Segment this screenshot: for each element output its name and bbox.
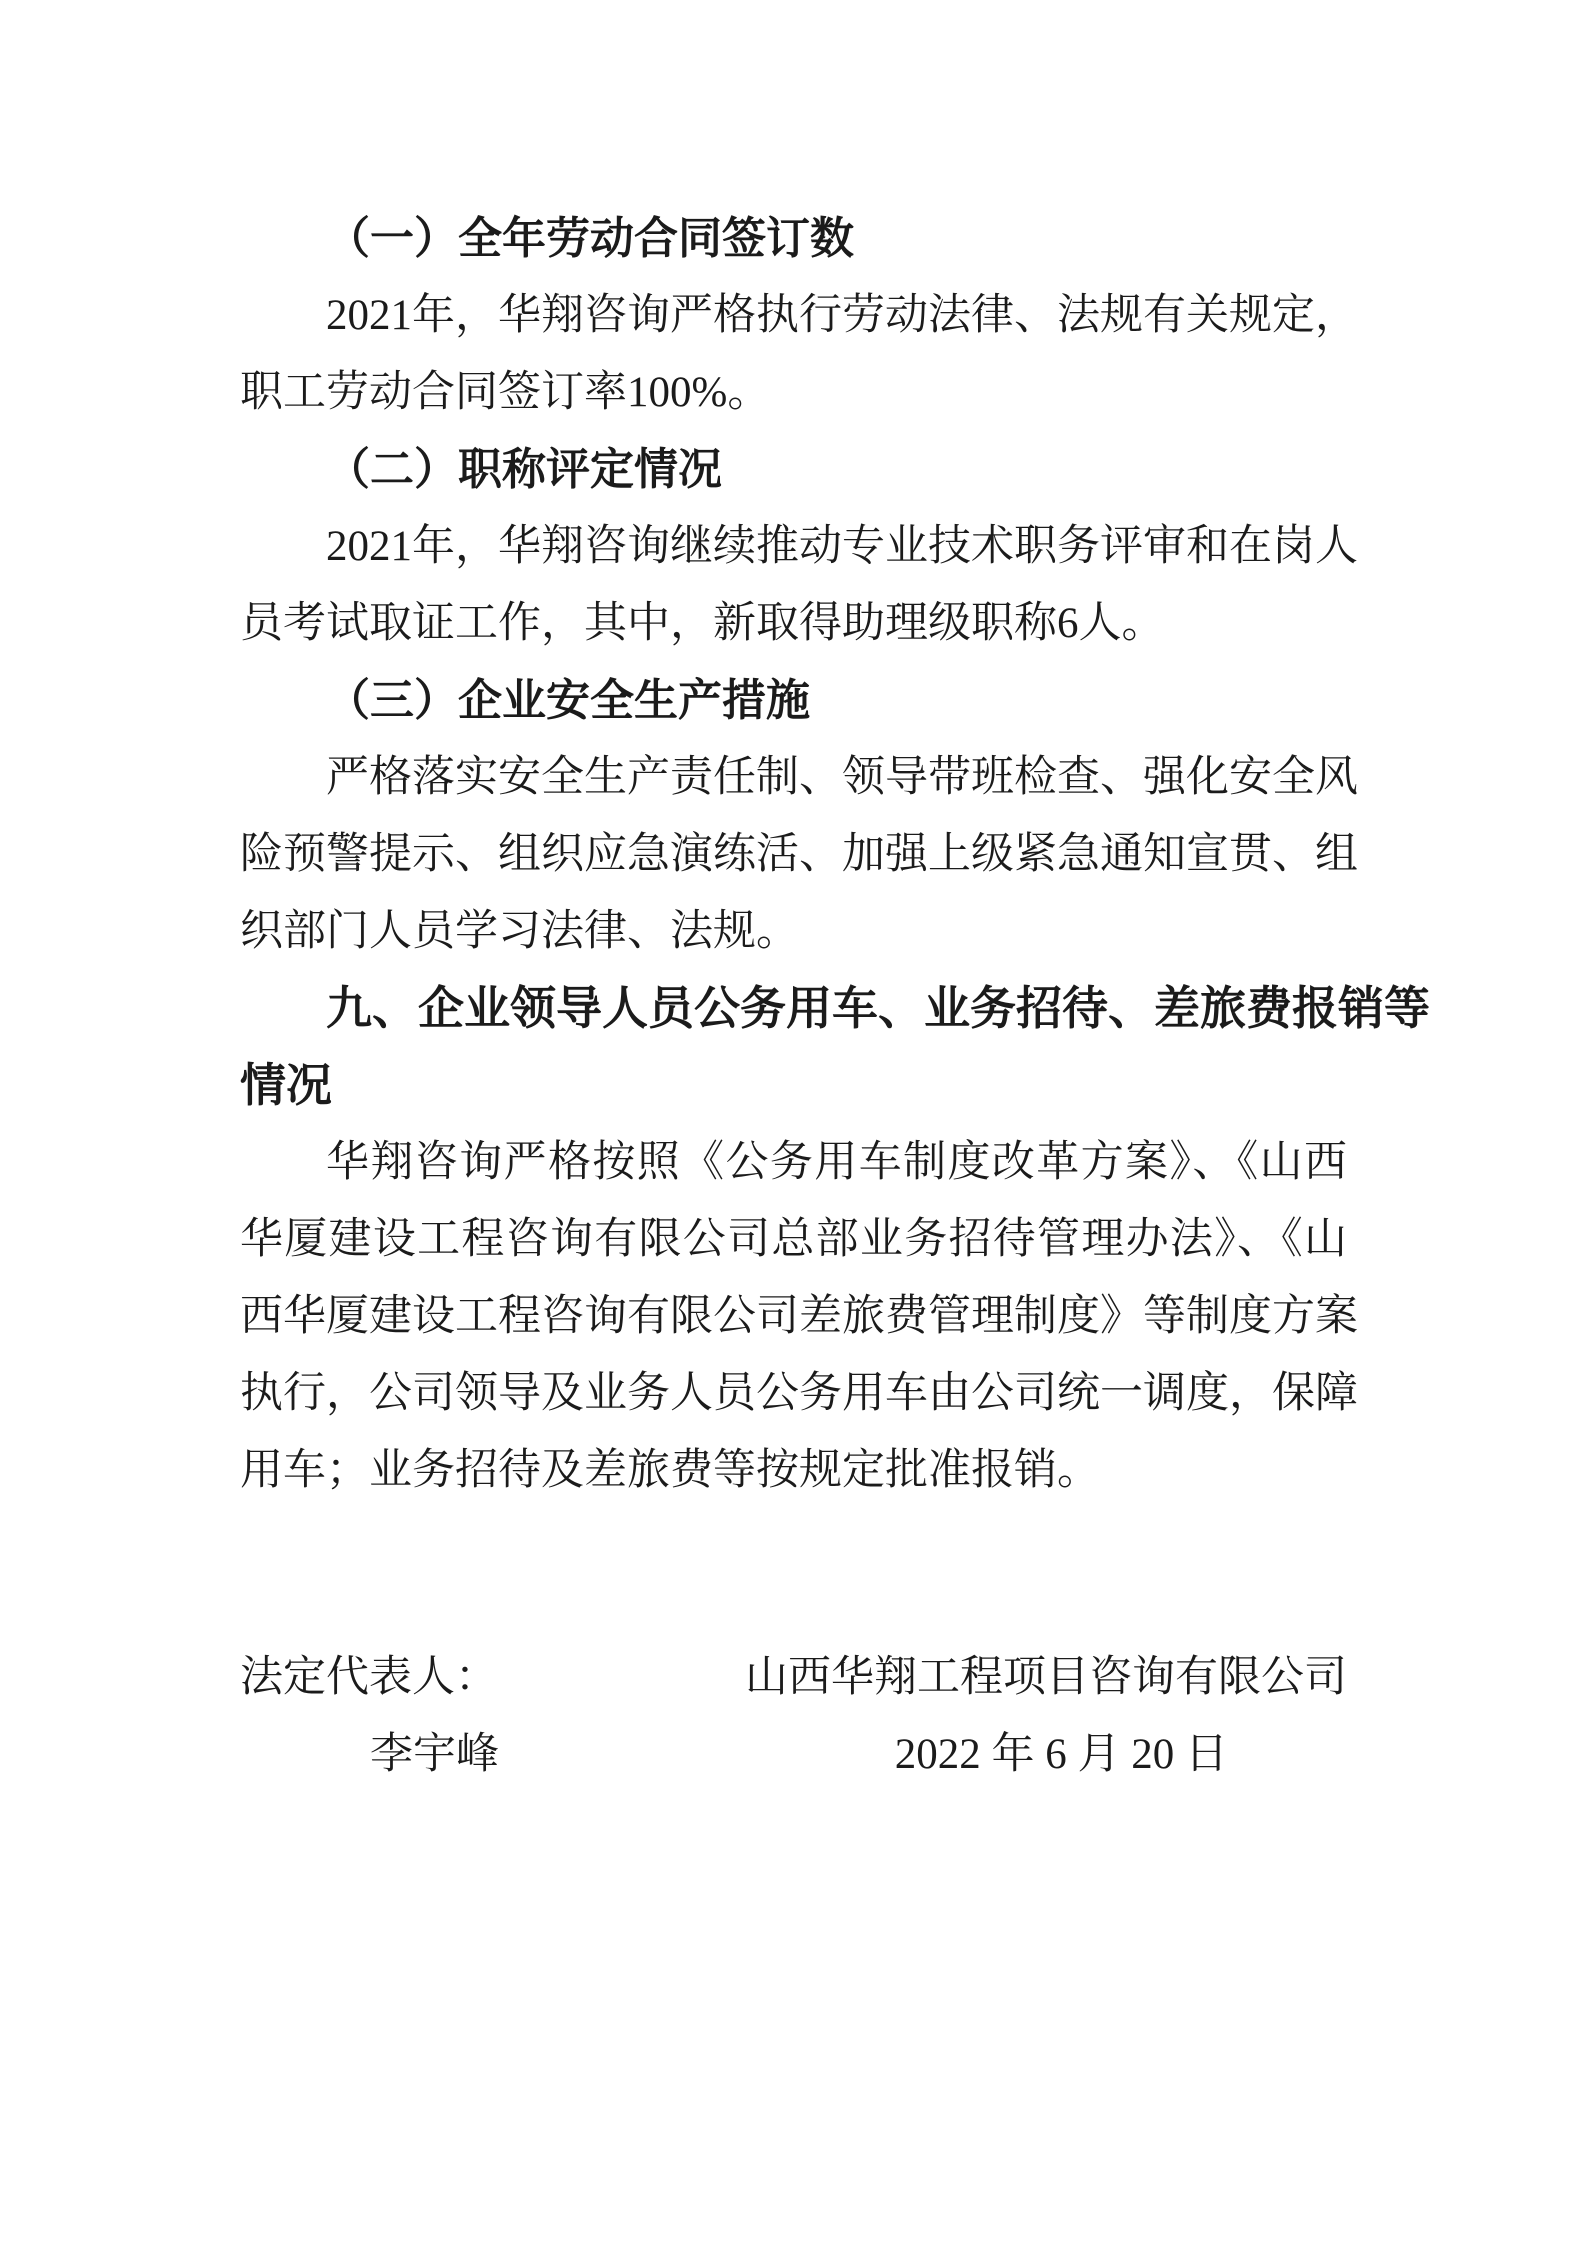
paragraph-line: 华翔咨询严格按照《公务用车制度改革方案》、《山西 bbox=[240, 1124, 1347, 1201]
signature-date: 2022 年 6 月 20 日 bbox=[895, 1716, 1228, 1793]
paragraph-line: 严格落实安全生产责任制、领导带班检查、强化安全风 bbox=[240, 739, 1347, 816]
paragraph-line: 险预警提示、组织应急演练活、加强上级紧急通知宣贯、组 bbox=[240, 816, 1347, 893]
chapter-heading-line-2: 情况 bbox=[240, 1047, 1347, 1124]
legal-representative-label: 法定代表人： bbox=[240, 1639, 498, 1716]
section-heading-safety-production: （三）企业安全生产措施 bbox=[240, 662, 1347, 739]
paragraph-line: 用车；业务招待及差旅费等按规定批准报销。 bbox=[240, 1432, 1347, 1509]
paragraph-line: 2021年，华翔咨询严格执行劳动法律、法规有关规定， bbox=[240, 277, 1347, 354]
paragraph-line: 西华厦建设工程咨询有限公司差旅费管理制度》等制度方案 bbox=[240, 1278, 1347, 1355]
signature-row-2: 李宇峰 2022 年 6 月 20 日 bbox=[0, 1716, 1587, 1793]
company-name: 山西华翔工程项目咨询有限公司 bbox=[745, 1639, 1347, 1716]
section-heading-title-evaluation: （二）职称评定情况 bbox=[240, 431, 1347, 508]
paragraph-line: 员考试取证工作，其中，新取得助理级职称6人。 bbox=[240, 585, 1347, 662]
section-heading-labor-contract: （一）全年劳动合同签订数 bbox=[240, 200, 1347, 277]
paragraph-line: 执行，公司领导及业务人员公务用车由公司统一调度，保障 bbox=[240, 1355, 1347, 1432]
legal-representative-name: 李宇峰 bbox=[370, 1716, 499, 1793]
chapter-heading-line-1: 九、企业领导人员公务用车、业务招待、差旅费报销等 bbox=[240, 970, 1347, 1047]
paragraph-line: 华厦建设工程咨询有限公司总部业务招待管理办法》、《山 bbox=[240, 1201, 1347, 1278]
document-page: （一）全年劳动合同签订数 2021年，华翔咨询严格执行劳动法律、法规有关规定， … bbox=[0, 0, 1587, 2245]
paragraph-line: 职工劳动合同签订率100%。 bbox=[240, 354, 1347, 431]
signature-block-spacer bbox=[0, 1509, 1587, 1639]
paragraph-line: 织部门人员学习法律、法规。 bbox=[240, 893, 1347, 970]
signature-row-1: 法定代表人： 山西华翔工程项目咨询有限公司 bbox=[0, 1639, 1587, 1716]
document-body: （一）全年劳动合同签订数 2021年，华翔咨询严格执行劳动法律、法规有关规定， … bbox=[0, 0, 1587, 1509]
paragraph-line: 2021年，华翔咨询继续推动专业技术职务评审和在岗人 bbox=[240, 508, 1347, 585]
